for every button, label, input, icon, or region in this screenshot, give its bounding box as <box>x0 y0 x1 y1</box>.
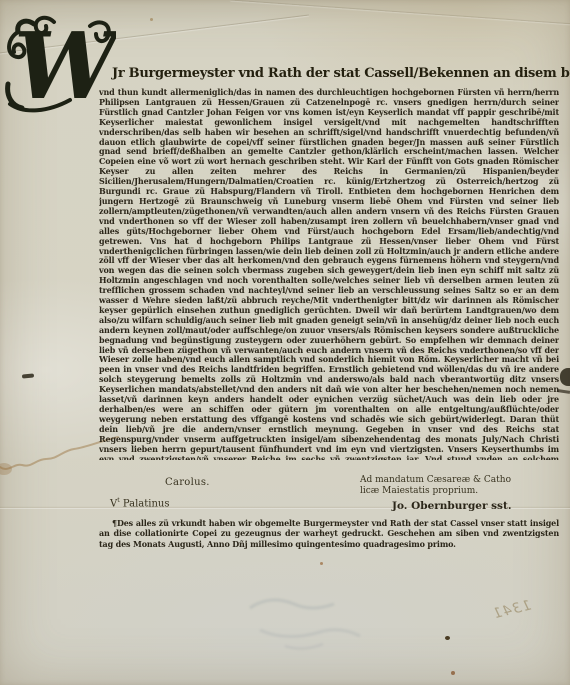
ink-speck <box>445 636 450 640</box>
palatinus-rest: Palatinus <box>120 498 170 509</box>
signature-carolus: Carolus. <box>165 477 210 488</box>
document-body-text: vnd thun kundt allermeniglich/das in nam… <box>99 88 559 460</box>
edge-ink-mark <box>558 389 570 394</box>
margin-ink-mark <box>22 373 34 378</box>
paper-crease <box>230 0 570 26</box>
rust-speck <box>150 18 153 21</box>
signature-obernburger: Jo. Obernburger sst. <box>392 500 511 512</box>
signature-mandatum: Ad mandatum Cæsareæ & Catho licæ Maiesta… <box>360 475 511 497</box>
document-page: W Jr Burgermeyster vnd Rath der stat Cas… <box>0 0 570 685</box>
ink-show-through <box>230 588 380 658</box>
main-text-block: Jr Burgermeyster vnd Rath der stat Casse… <box>99 64 559 460</box>
signature-palatinus: Vt Palatinus <box>110 497 169 509</box>
attestation-paragraph: ¶Des alles zü vrkundt haben wir obgemelt… <box>99 518 559 549</box>
rust-speck <box>320 562 323 565</box>
pencil-inventory-number: 1341 <box>491 597 533 622</box>
signature-mandatum-line2: licæ Maiestatis proprium. <box>360 486 511 497</box>
signature-mandatum-line1: Ad mandatum Cæsareæ & Catho <box>360 475 511 486</box>
edge-ink-blot <box>560 368 570 386</box>
document-heading: Jr Burgermeyster vnd Rath der stat Casse… <box>99 64 559 84</box>
rust-speck <box>451 671 455 675</box>
